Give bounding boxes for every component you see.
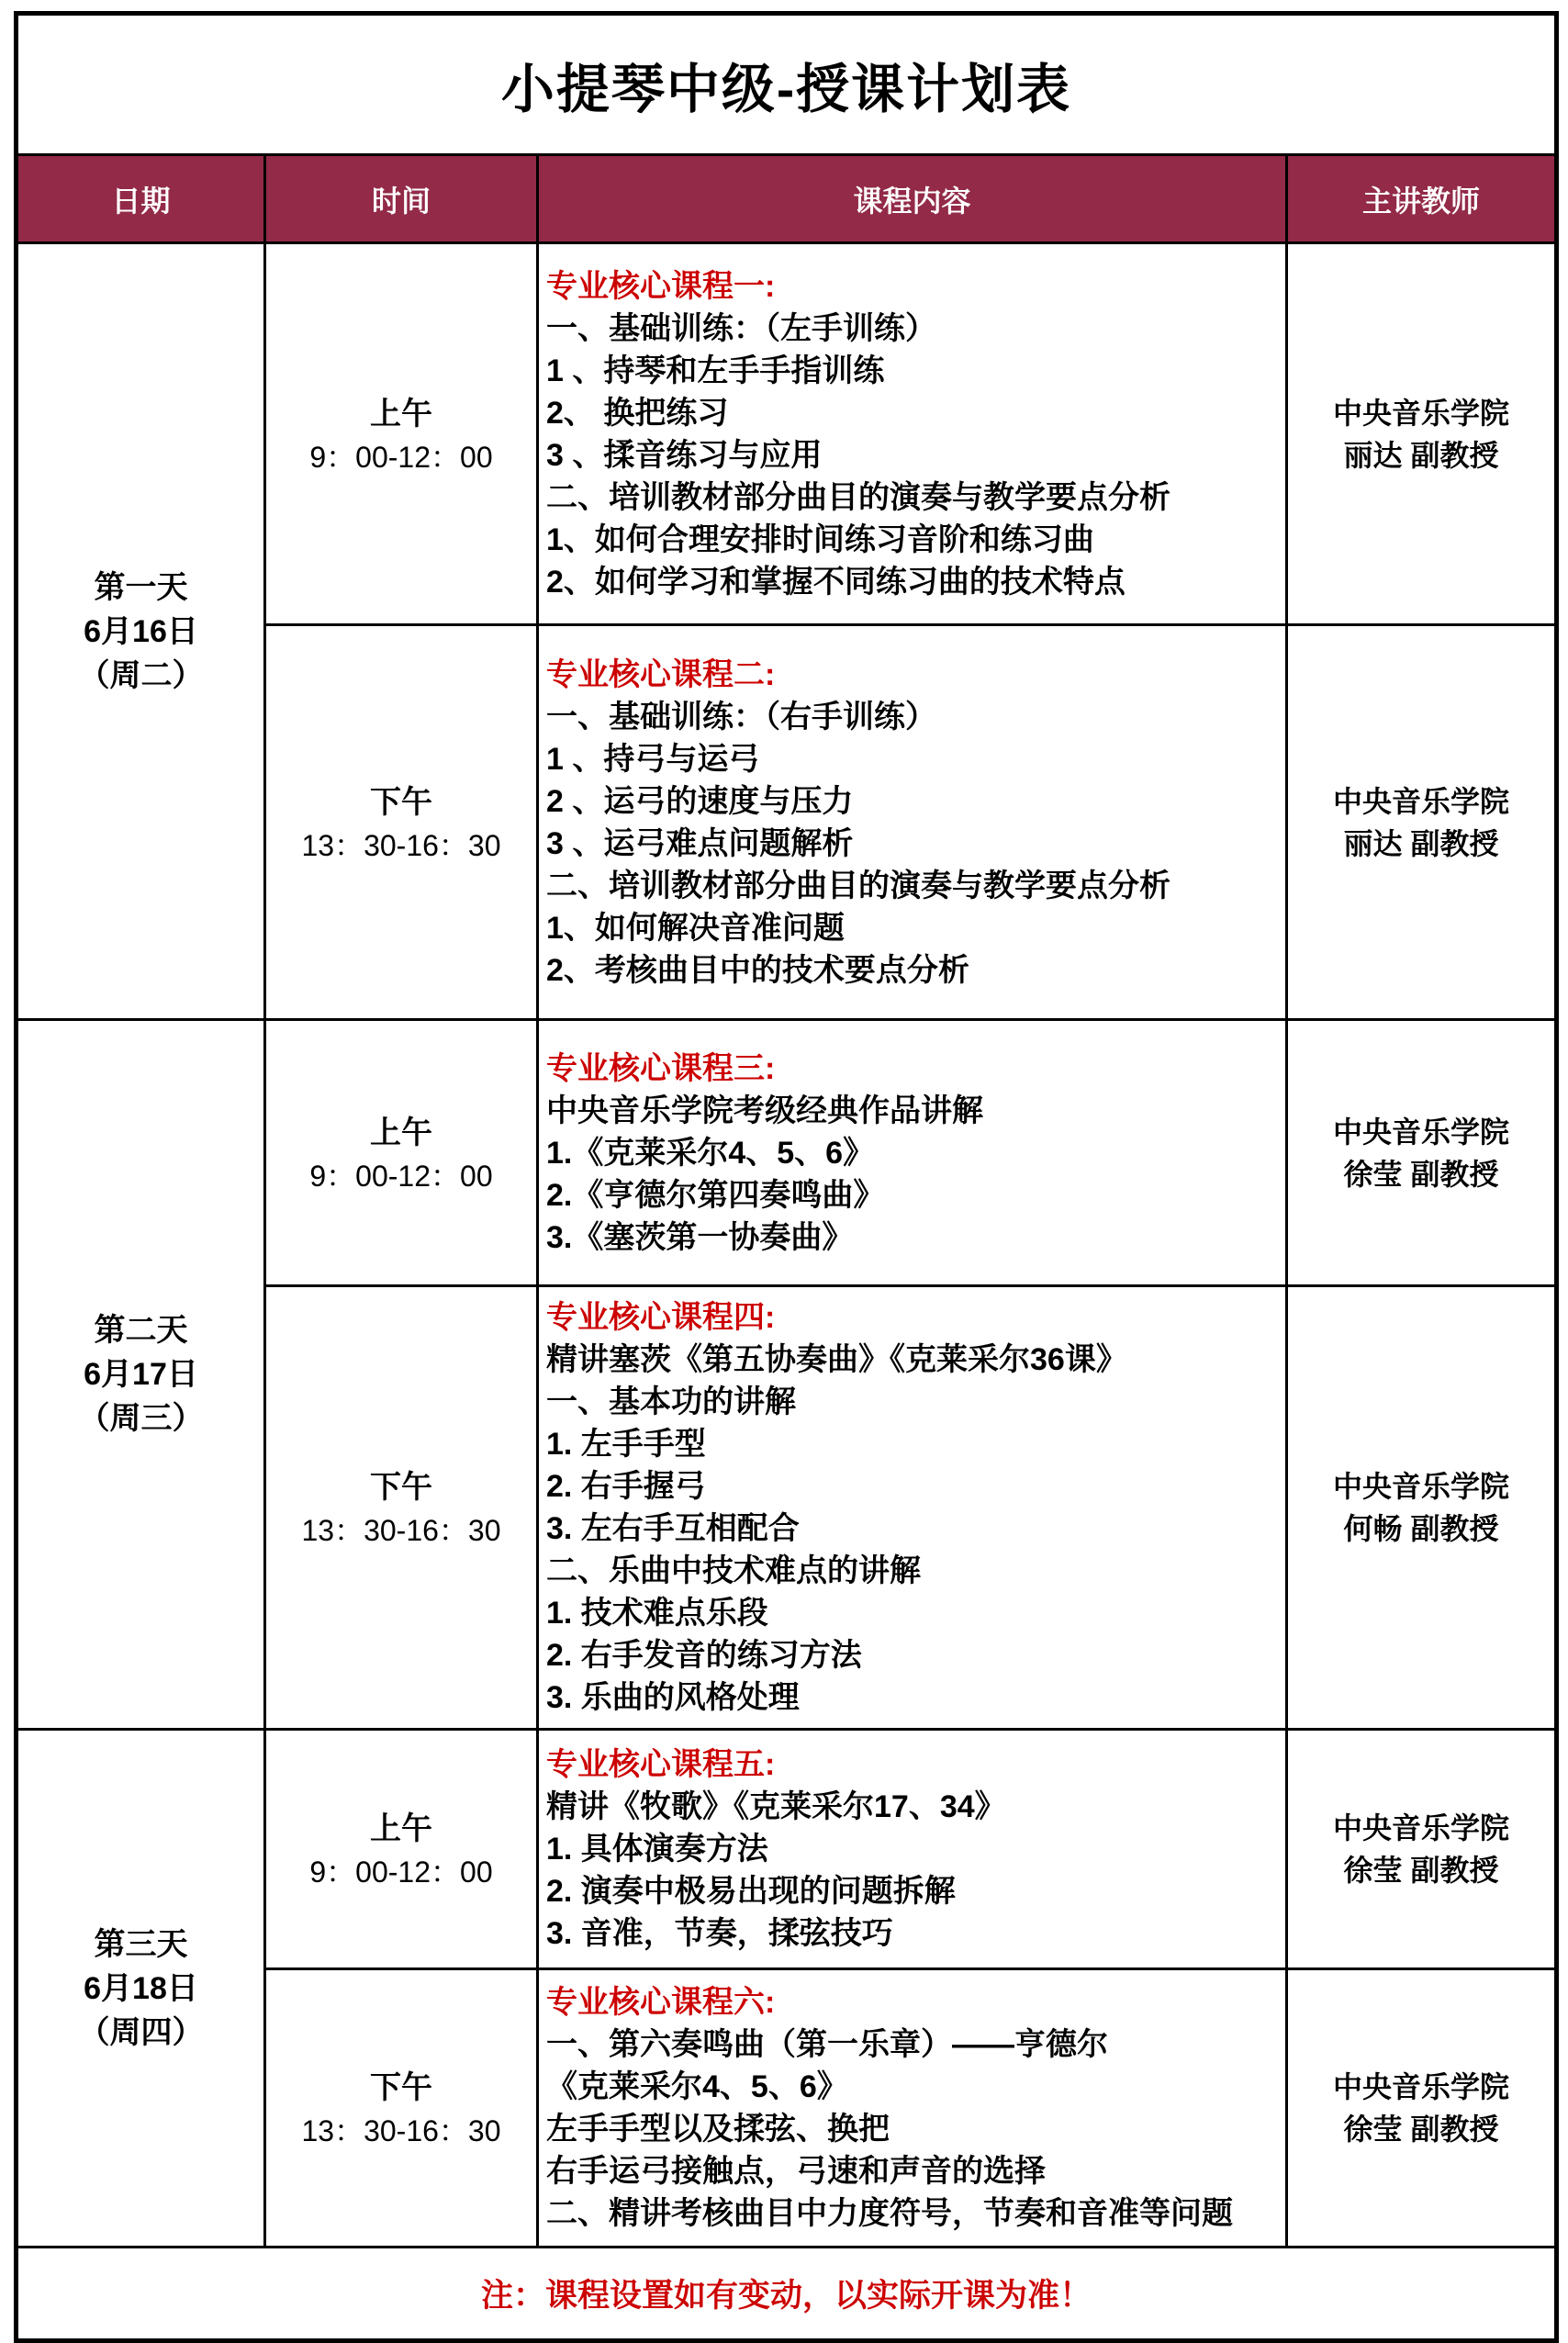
teacher-cell: 中央音乐学院丽达 副教授 bbox=[1287, 625, 1557, 1020]
teacher-lines: 中央音乐学院徐莹 副教授 bbox=[1289, 2066, 1553, 2150]
date-cell-day3: 第三天6月18日（周四） bbox=[17, 1730, 265, 2248]
period-label: 下午 bbox=[267, 2065, 535, 2111]
title-row: 小提琴中级-授课计划表 bbox=[17, 14, 1557, 155]
course-lines: 一、基础训练：（右手训练）1 、持弓与运弓2 、运弓的速度与压力3 、运弓难点问… bbox=[546, 696, 1278, 992]
teacher-cell: 中央音乐学院丽达 副教授 bbox=[1287, 243, 1557, 625]
date-cell-day2: 第二天6月17日（周三） bbox=[17, 1020, 265, 1730]
session-row-day1-am: 第一天6月16日（周二） 上午 9：00-12：00 专业核心课程一: 一、基础… bbox=[17, 243, 1557, 625]
course-lines: 一、基础训练：（左手训练）1 、持琴和左手手指训练2、 换把练习3 、揉音练习与… bbox=[546, 308, 1278, 603]
table-header-row: 日期 时间 课程内容 主讲教师 bbox=[17, 155, 1557, 243]
course-content-cell: 专业核心课程三: 中央音乐学院考级经典作品讲解1.《克莱采尔4、5、6》2.《亨… bbox=[538, 1020, 1287, 1286]
time-cell: 上午 9：00-12：00 bbox=[265, 1020, 538, 1286]
session-row-day3-am: 第三天6月18日（周四） 上午 9：00-12：00 专业核心课程五: 精讲《牧… bbox=[17, 1730, 1557, 1969]
footer-note: 注：课程设置如有变动，以实际开课为准！ bbox=[17, 2248, 1557, 2341]
date-cell-day1: 第一天6月16日（周二） bbox=[17, 243, 265, 1020]
teacher-cell: 中央音乐学院何畅 副教授 bbox=[1287, 1286, 1557, 1730]
teacher-lines: 中央音乐学院丽达 副教授 bbox=[1289, 780, 1553, 865]
time-range: 9：00-12：00 bbox=[267, 1852, 535, 1892]
time-range: 13：30-16：30 bbox=[267, 2111, 535, 2151]
time-cell: 上午 9：00-12：00 bbox=[265, 1730, 538, 1969]
course-heading: 专业核心课程六: bbox=[546, 1981, 1278, 2023]
course-content-cell: 专业核心课程四: 精讲塞茨《第五协奏曲》《克莱采尔36课》一、基本功的讲解1. … bbox=[538, 1286, 1287, 1730]
teacher-lines: 中央音乐学院何畅 副教授 bbox=[1289, 1465, 1553, 1550]
course-content-cell: 专业核心课程一: 一、基础训练：（左手训练）1 、持琴和左手手指训练2、 换把练… bbox=[538, 243, 1287, 625]
period-label: 上午 bbox=[267, 1110, 535, 1156]
time-range: 13：30-16：30 bbox=[267, 1510, 535, 1551]
course-lines: 精讲塞茨《第五协奏曲》《克莱采尔36课》一、基本功的讲解1. 左手手型2. 右手… bbox=[546, 1339, 1278, 1719]
date-lines: 第三天6月18日（周四） bbox=[19, 1923, 263, 2055]
course-heading: 专业核心课程二: bbox=[546, 654, 1278, 696]
course-heading: 专业核心课程四: bbox=[546, 1296, 1278, 1339]
time-cell: 下午 13：30-16：30 bbox=[265, 1969, 538, 2248]
period-label: 下午 bbox=[267, 779, 535, 825]
time-cell: 下午 13：30-16：30 bbox=[265, 625, 538, 1020]
period-label: 上午 bbox=[267, 1806, 535, 1852]
time-range: 13：30-16：30 bbox=[267, 825, 535, 866]
footer-row: 注：课程设置如有变动，以实际开课为准！ bbox=[17, 2248, 1557, 2341]
header-cell-time: 时间 bbox=[265, 155, 538, 243]
time-cell: 下午 13：30-16：30 bbox=[265, 1286, 538, 1730]
period-label: 上午 bbox=[267, 391, 535, 437]
header-cell-content: 课程内容 bbox=[538, 155, 1287, 243]
teacher-lines: 中央音乐学院徐莹 副教授 bbox=[1289, 1111, 1553, 1195]
time-cell: 上午 9：00-12：00 bbox=[265, 243, 538, 625]
course-heading: 专业核心课程三: bbox=[546, 1048, 1278, 1090]
page-title: 小提琴中级-授课计划表 bbox=[17, 14, 1557, 155]
teacher-cell: 中央音乐学院徐莹 副教授 bbox=[1287, 1020, 1557, 1286]
period-label: 下午 bbox=[267, 1464, 535, 1510]
schedule-table: 小提琴中级-授课计划表 日期 时间 课程内容 主讲教师 第一天6月16日（周二）… bbox=[14, 11, 1559, 2343]
course-lines: 一、第六奏鸣曲（第一乐章）——亨德尔《克莱采尔4、5、6》左手手型以及揉弦、换把… bbox=[546, 2023, 1278, 2235]
teacher-lines: 中央音乐学院丽达 副教授 bbox=[1289, 392, 1553, 476]
course-lines: 中央音乐学院考级经典作品讲解1.《克莱采尔4、5、6》2.《亨德尔第四奏鸣曲》3… bbox=[546, 1090, 1278, 1259]
course-heading: 专业核心课程一: bbox=[546, 265, 1278, 308]
teacher-lines: 中央音乐学院徐莹 副教授 bbox=[1289, 1807, 1553, 1891]
session-row-day2-am: 第二天6月17日（周三） 上午 9：00-12：00 专业核心课程三: 中央音乐… bbox=[17, 1020, 1557, 1286]
course-content-cell: 专业核心课程五: 精讲《牧歌》《克莱采尔17、34》1. 具体演奏方法2. 演奏… bbox=[538, 1730, 1287, 1969]
course-heading: 专业核心课程五: bbox=[546, 1743, 1278, 1786]
date-lines: 第二天6月17日（周三） bbox=[19, 1308, 263, 1441]
teacher-cell: 中央音乐学院徐莹 副教授 bbox=[1287, 1969, 1557, 2248]
time-range: 9：00-12：00 bbox=[267, 1156, 535, 1196]
course-content-cell: 专业核心课程六: 一、第六奏鸣曲（第一乐章）——亨德尔《克莱采尔4、5、6》左手… bbox=[538, 1969, 1287, 2248]
course-content-cell: 专业核心课程二: 一、基础训练：（右手训练）1 、持弓与运弓2 、运弓的速度与压… bbox=[538, 625, 1287, 1020]
course-lines: 精讲《牧歌》《克莱采尔17、34》1. 具体演奏方法2. 演奏中极易出现的问题拆… bbox=[546, 1786, 1278, 1955]
date-lines: 第一天6月16日（周二） bbox=[19, 566, 263, 698]
header-cell-date: 日期 bbox=[17, 155, 265, 243]
header-cell-teacher: 主讲教师 bbox=[1287, 155, 1557, 243]
teacher-cell: 中央音乐学院徐莹 副教授 bbox=[1287, 1730, 1557, 1969]
time-range: 9：00-12：00 bbox=[267, 437, 535, 477]
